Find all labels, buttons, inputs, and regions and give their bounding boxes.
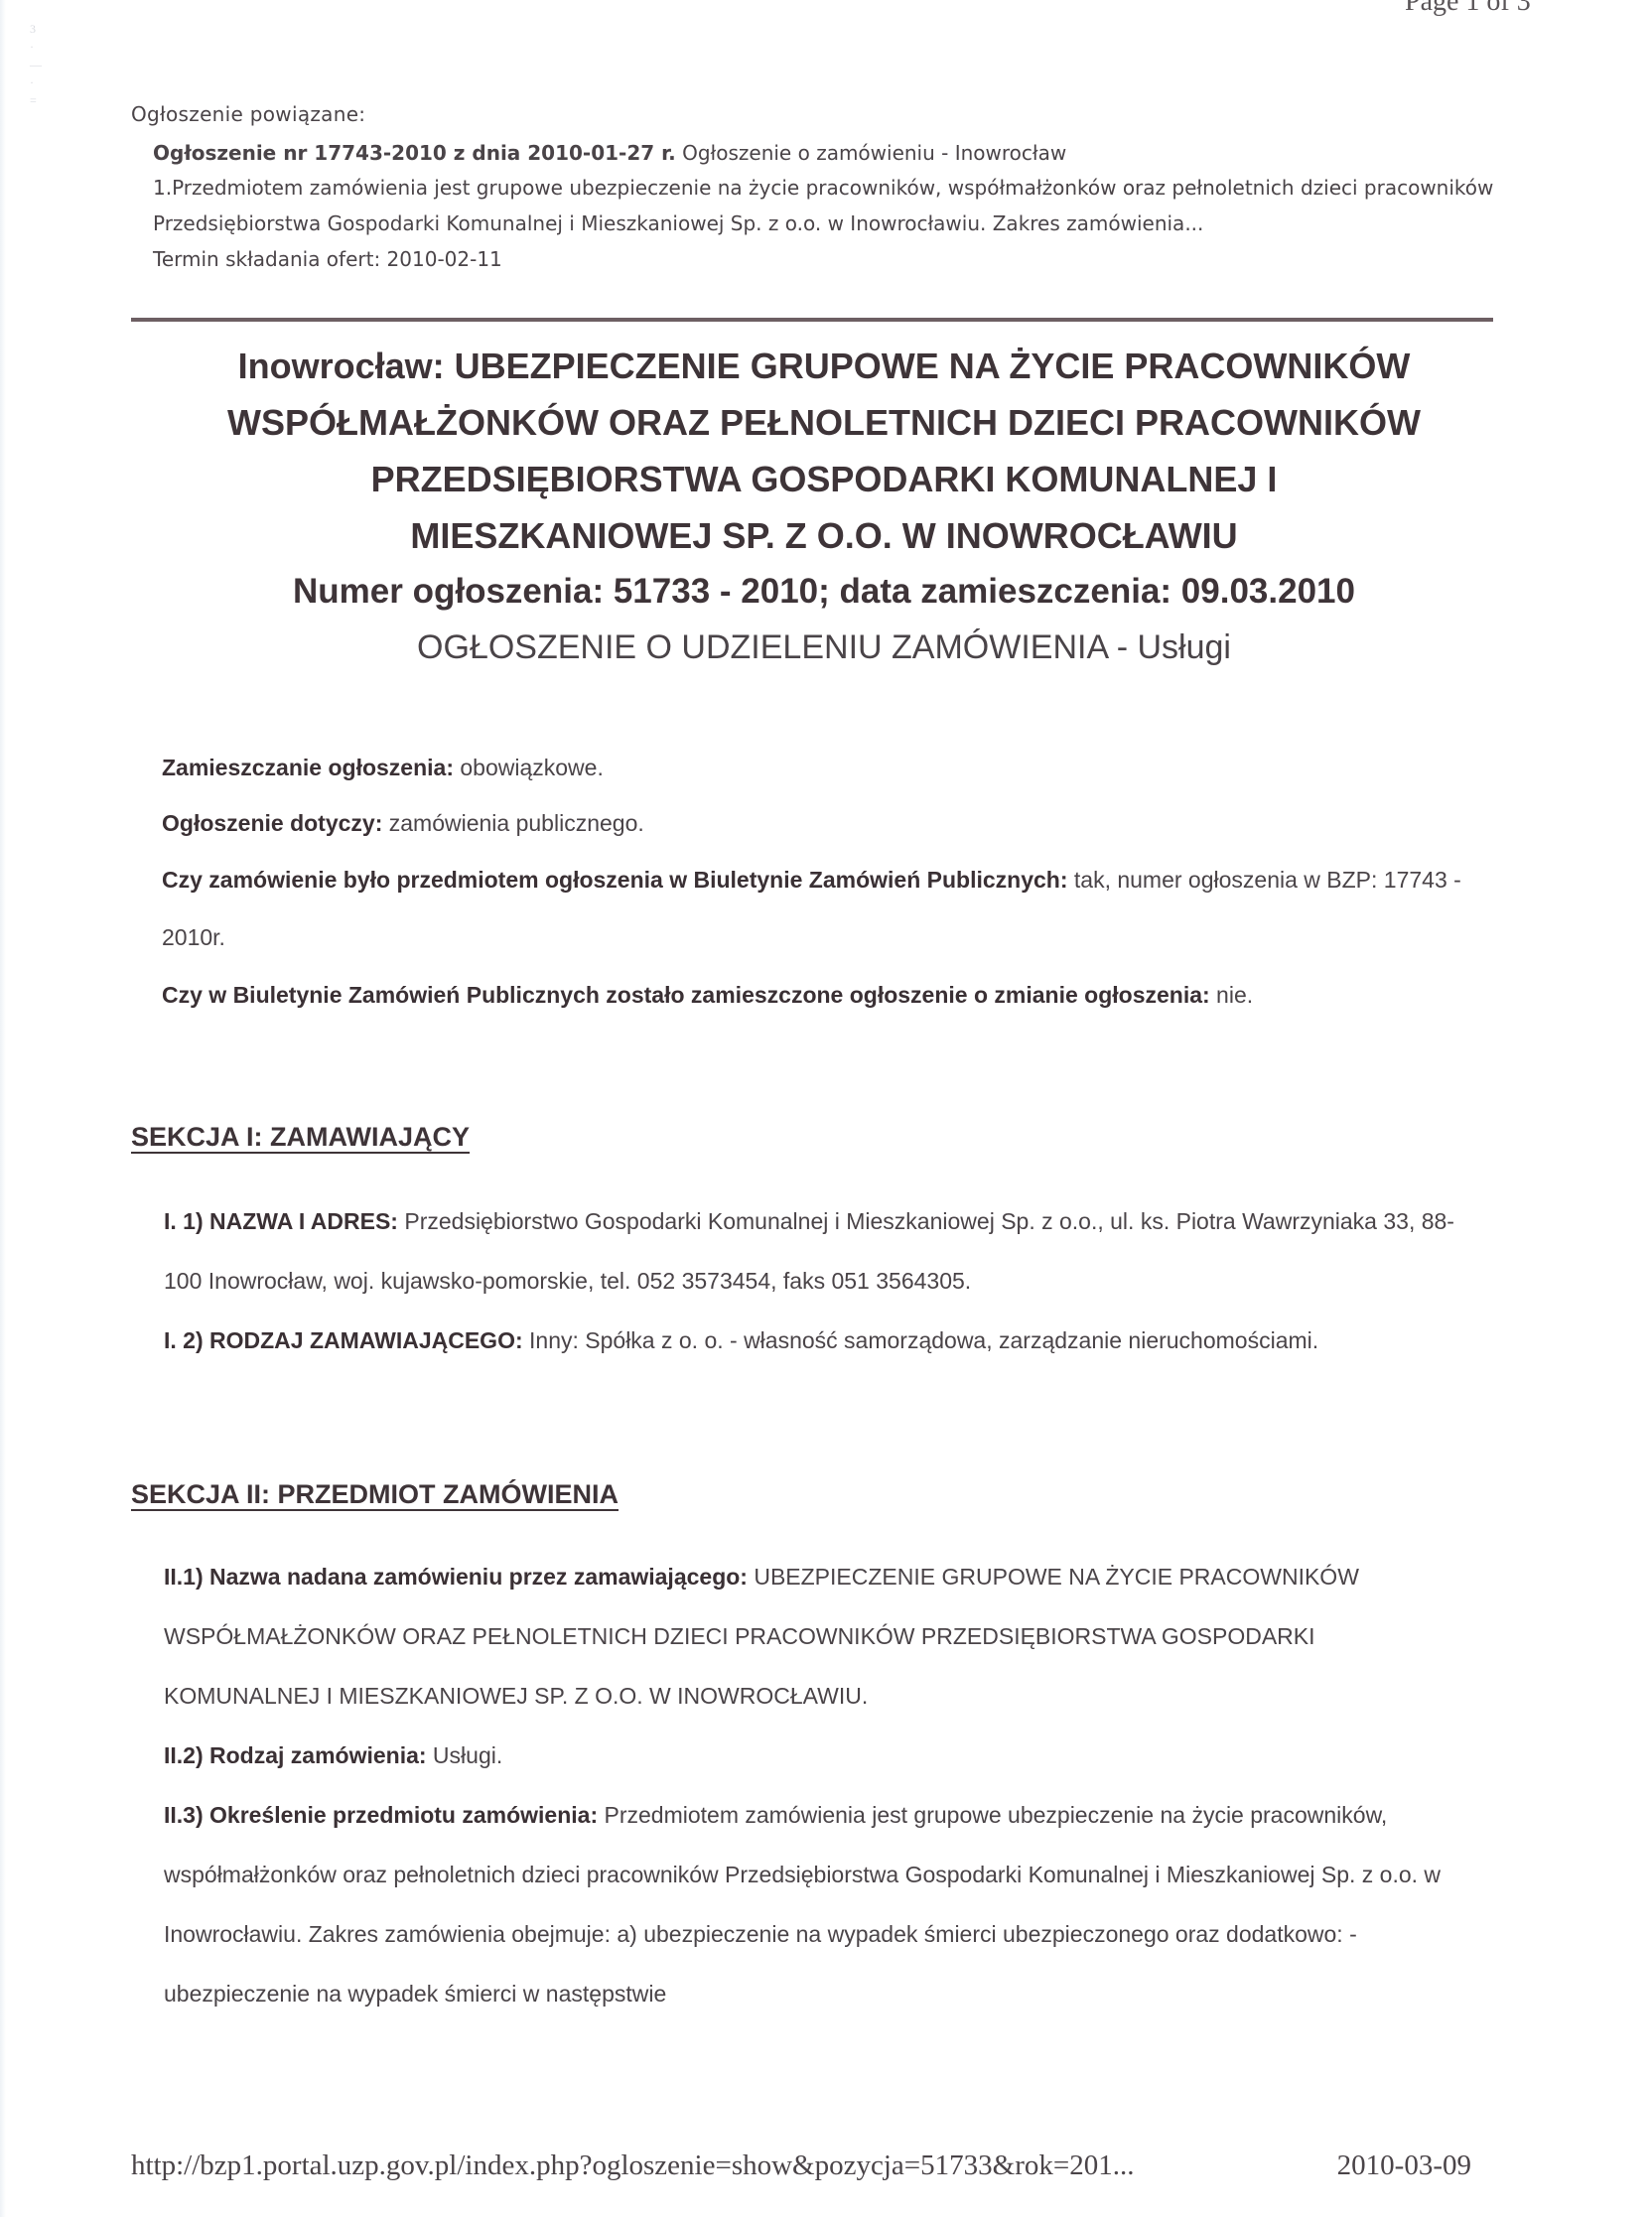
field-value: Przedmiotem zamówienia jest grupowe ubez… bbox=[164, 1802, 1441, 2007]
field-value: Inny: Spółka z o. o. - własność samorząd… bbox=[523, 1327, 1319, 1353]
section-2-content: II.1) Nazwa nadana zamówieniu przez zama… bbox=[164, 1547, 1474, 2023]
related-notice-item: Ogłoszenie nr 17743-2010 z dnia 2010-01-… bbox=[131, 136, 1501, 277]
field-contracting-type: I. 2) RODZAJ ZAMAWIAJĄCEGO: Inny: Spółka… bbox=[164, 1311, 1474, 1370]
related-notice-heading[interactable]: Ogłoszenie nr 17743-2010 z dnia 2010-01-… bbox=[153, 136, 1501, 170]
field-label: II.3) Określenie przedmiotu zamówienia: bbox=[164, 1802, 598, 1828]
related-notice-description: 1.Przedmiotem zamówienia jest grupowe ub… bbox=[153, 170, 1501, 241]
section-2-heading: SEKCJA II: PRZEDMIOT ZAMÓWIENIA bbox=[131, 1479, 619, 1510]
notice-title-line: Inowrocław: UBEZPIECZENIE GRUPOWE NA ŻYC… bbox=[139, 338, 1509, 394]
related-notice-deadline: Termin składania ofert: 2010-02-11 bbox=[153, 241, 1501, 277]
field-value: zamówienia publicznego. bbox=[382, 810, 643, 836]
general-info: Zamieszczanie ogłoszenia: obowiązkowe. O… bbox=[162, 740, 1492, 1024]
notice-number: Numer ogłoszenia: 51733 - 2010; data zam… bbox=[139, 564, 1509, 620]
print-footer: http://bzp1.portal.uzp.gov.pl/index.php?… bbox=[131, 2149, 1471, 2182]
field-label: II.1) Nazwa nadana zamówieniu przez zama… bbox=[164, 1564, 748, 1590]
footer-date: 2010-03-09 bbox=[1337, 2149, 1471, 2182]
scan-marks: 3 · — · = bbox=[30, 20, 69, 149]
page-number-header: Page 1 of 3 bbox=[1405, 0, 1531, 18]
field-label: I. 2) RODZAJ ZAMAWIAJĄCEGO: bbox=[164, 1327, 523, 1353]
field-label: Zamieszczanie ogłoszenia: bbox=[162, 755, 454, 780]
footer-url: http://bzp1.portal.uzp.gov.pl/index.php?… bbox=[131, 2149, 1134, 2182]
related-notice-label: Ogłoszenie powiązane: bbox=[131, 102, 1501, 126]
field-publication-requirement: Zamieszczanie ogłoszenia: obowiązkowe. bbox=[162, 740, 1492, 795]
notice-type: OGŁOSZENIE O UDZIELENIU ZAMÓWIENIA - Usł… bbox=[139, 620, 1509, 675]
field-value: Usługi. bbox=[427, 1742, 503, 1768]
scan-edge bbox=[0, 0, 6, 2217]
field-label: I. 1) NAZWA I ADRES: bbox=[164, 1208, 398, 1234]
field-bzp-change-notice: Czy w Biuletynie Zamówień Publicznych zo… bbox=[162, 966, 1492, 1024]
divider bbox=[131, 318, 1493, 322]
notice-title-line: PRZEDSIĘBIORSTWA GOSPODARKI KOMUNALNEJ I bbox=[139, 451, 1509, 507]
field-contract-name: II.1) Nazwa nadana zamówieniu przez zama… bbox=[164, 1547, 1474, 1726]
section-1-content: I. 1) NAZWA I ADRES: Przedsiębiorstwo Go… bbox=[164, 1191, 1474, 1370]
section-1-heading: SEKCJA I: ZAMAWIAJĄCY bbox=[131, 1122, 470, 1153]
notice-title-line: MIESZKANIOWEJ SP. Z O.O. W INOWROCŁAWIU bbox=[139, 507, 1509, 564]
notice-title-line: WSPÓŁMAŁŻONKÓW ORAZ PEŁNOLETNICH DZIECI … bbox=[139, 394, 1509, 451]
field-label: II.2) Rodzaj zamówienia: bbox=[164, 1742, 427, 1768]
field-contract-subject: II.3) Określenie przedmiotu zamówienia: … bbox=[164, 1785, 1474, 2023]
field-contract-type: II.2) Rodzaj zamówienia: Usługi. bbox=[164, 1726, 1474, 1785]
field-label: Czy w Biuletynie Zamówień Publicznych zo… bbox=[162, 982, 1210, 1008]
field-value: nie. bbox=[1210, 982, 1253, 1008]
field-value: obowiązkowe. bbox=[454, 755, 604, 780]
related-notice-number[interactable]: Ogłoszenie nr 17743-2010 z dnia 2010-01-… bbox=[153, 141, 676, 165]
related-notice: Ogłoszenie powiązane: Ogłoszenie nr 1774… bbox=[131, 102, 1501, 277]
notice-title-block: Inowrocław: UBEZPIECZENIE GRUPOWE NA ŻYC… bbox=[139, 338, 1509, 675]
related-notice-title[interactable]: Ogłoszenie o zamówieniu - Inowrocław bbox=[676, 141, 1066, 165]
field-name-address: I. 1) NAZWA I ADRES: Przedsiębiorstwo Go… bbox=[164, 1191, 1474, 1311]
field-label: Czy zamówienie było przedmiotem ogłoszen… bbox=[162, 867, 1068, 893]
field-bzp-published: Czy zamówienie było przedmiotem ogłoszen… bbox=[162, 851, 1492, 966]
field-label: Ogłoszenie dotyczy: bbox=[162, 810, 382, 836]
field-notice-concerns: Ogłoszenie dotyczy: zamówienia publiczne… bbox=[162, 795, 1492, 851]
